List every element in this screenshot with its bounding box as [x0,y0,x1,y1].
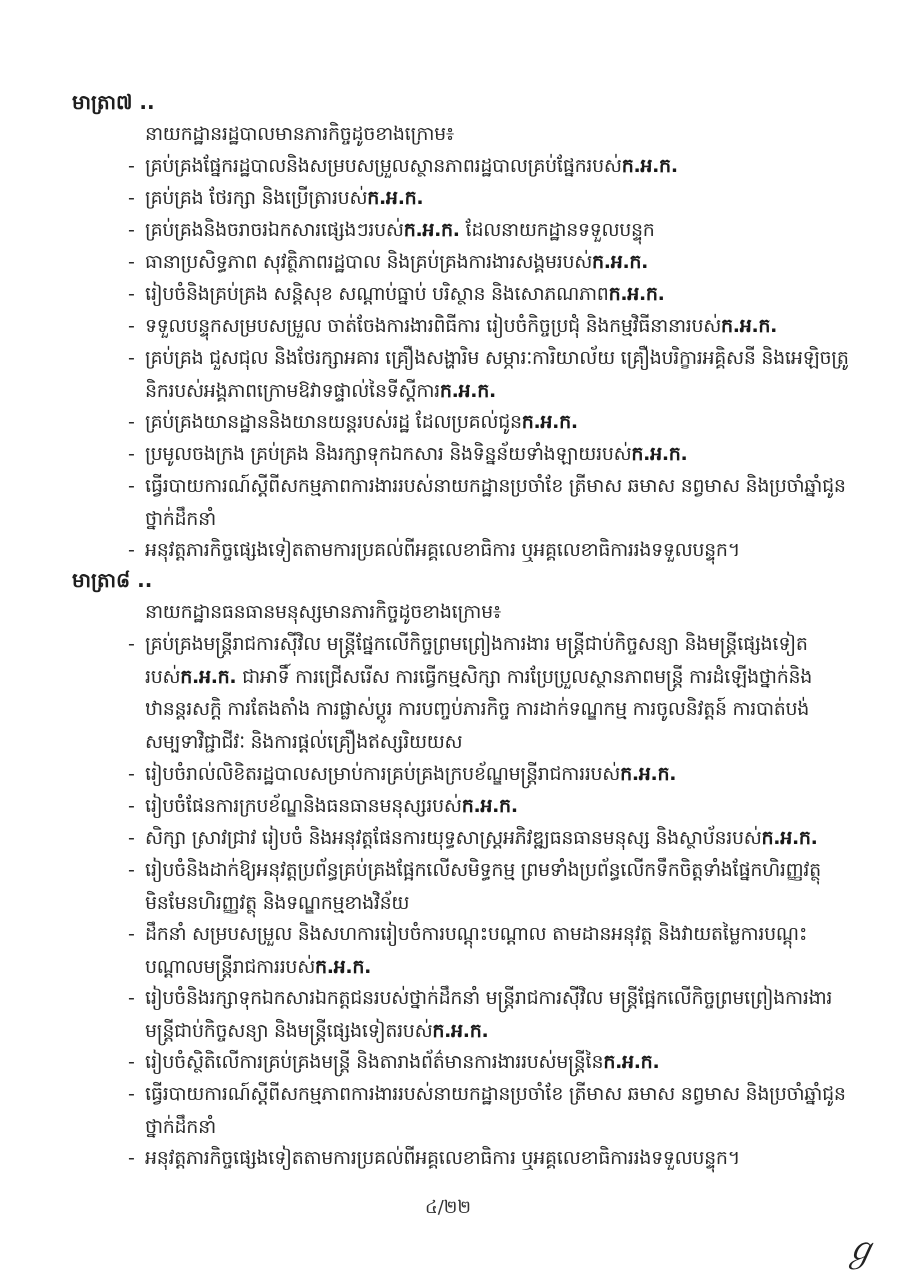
list-item: -រៀបចំស្ថិតិលើការគ្រប់គ្រងមន្ត្រី និងតារ… [128,1046,855,1079]
list-item: -រៀបចំរាល់លិខិតរដ្ឋបាលសម្រាប់ការគ្រប់គ្រ… [128,758,855,791]
list-item: -គ្រប់គ្រងនិងចរាចរឯកសារផ្សេងៗរបស់ក.អ.ក. … [128,214,855,247]
list-item: -រៀបចំនិងរក្សាទុកឯកសារឯកត្តជនរបស់ថ្នាក់ដ… [128,982,855,1047]
list-item: -ធានាប្រសិទ្ធភាព សុវត្ថិភាពរដ្ឋបាល និងគ្… [128,246,855,279]
list-item: -ធ្វើរបាយការណ៍ស្តីពីសកម្មភាពការងាររបស់នា… [128,1078,855,1143]
list-item: -រៀបចំនិងដាក់ឱ្យអនុវត្តប្រព័ន្ធគ្រប់គ្រង… [128,854,855,919]
list-item: -គ្រប់គ្រងផ្នែករដ្ឋបាលនិងសម្របសម្រួលស្ថា… [128,150,855,183]
page-number: ៤/២២ [425,1195,471,1222]
article-8-intro: នាយកដ្ឋានធនធានមនុស្សមានភារកិច្ចដូចខាងក្រ… [145,598,501,626]
list-item: -សិក្សា ស្រាវជ្រាវ រៀបចំ និងអនុវត្តផែនកា… [128,822,855,855]
document-page: មាត្រា៧ .. នាយកដ្ឋានរដ្ឋបាលមានភារកិច្ចដូ… [0,0,905,1280]
list-item: -គ្រប់គ្រង ជួសជុល និងថែរក្សាអគារ គ្រឿងសង… [128,342,855,407]
list-item: -គ្រប់គ្រង ថែរក្សា និងប្រើត្រារបស់ក.អ.ក. [128,182,855,215]
list-item: -ដឹកនាំ សម្របសម្រួល និងសហការរៀបចំការបណ្ត… [128,918,855,983]
initials-signature: ℊ [843,1222,877,1271]
list-item: -ប្រមូលចងក្រង គ្រប់គ្រង និងរក្សាទុកឯកសារ… [128,438,855,471]
list-item: -រៀបចំផែនការក្របខ័ណ្ឌនិងធនធានមនុស្សរបស់ក… [128,790,855,823]
list-item: -គ្រប់គ្រងយានដ្ឋាននិងយានយន្តរបស់រដ្ឋ ដែល… [128,406,855,439]
list-item: -អនុវត្តភារកិច្ចផ្សេងទៀតតាមការប្រគល់ពីអគ… [128,1142,855,1175]
list-item: -គ្រប់គ្រងមន្ត្រីរាជការស៊ីវិល មន្ត្រីផ្ន… [128,628,855,758]
list-item: -ធ្វើរបាយការណ៍ស្តីពីសកម្មភាពការងាររបស់នា… [128,470,855,535]
article-7-title: មាត្រា៧ .. [72,88,155,116]
article-7-intro: នាយកដ្ឋានរដ្ឋបាលមានភារកិច្ចដូចខាងក្រោម៖ [145,120,454,148]
list-item: -ទទួលបន្ទុកសម្របសម្រួល ចាត់ចែងការងារពិធី… [128,310,855,343]
list-item: -រៀបចំនិងគ្រប់គ្រង សន្តិសុខ សណ្តាប់ធ្នាប… [128,278,855,311]
list-item: -អនុវត្តភារកិច្ចផ្សេងទៀតតាមការប្រគល់ពីអគ… [128,534,855,567]
article-8-title: មាត្រា៨ .. [72,566,152,594]
